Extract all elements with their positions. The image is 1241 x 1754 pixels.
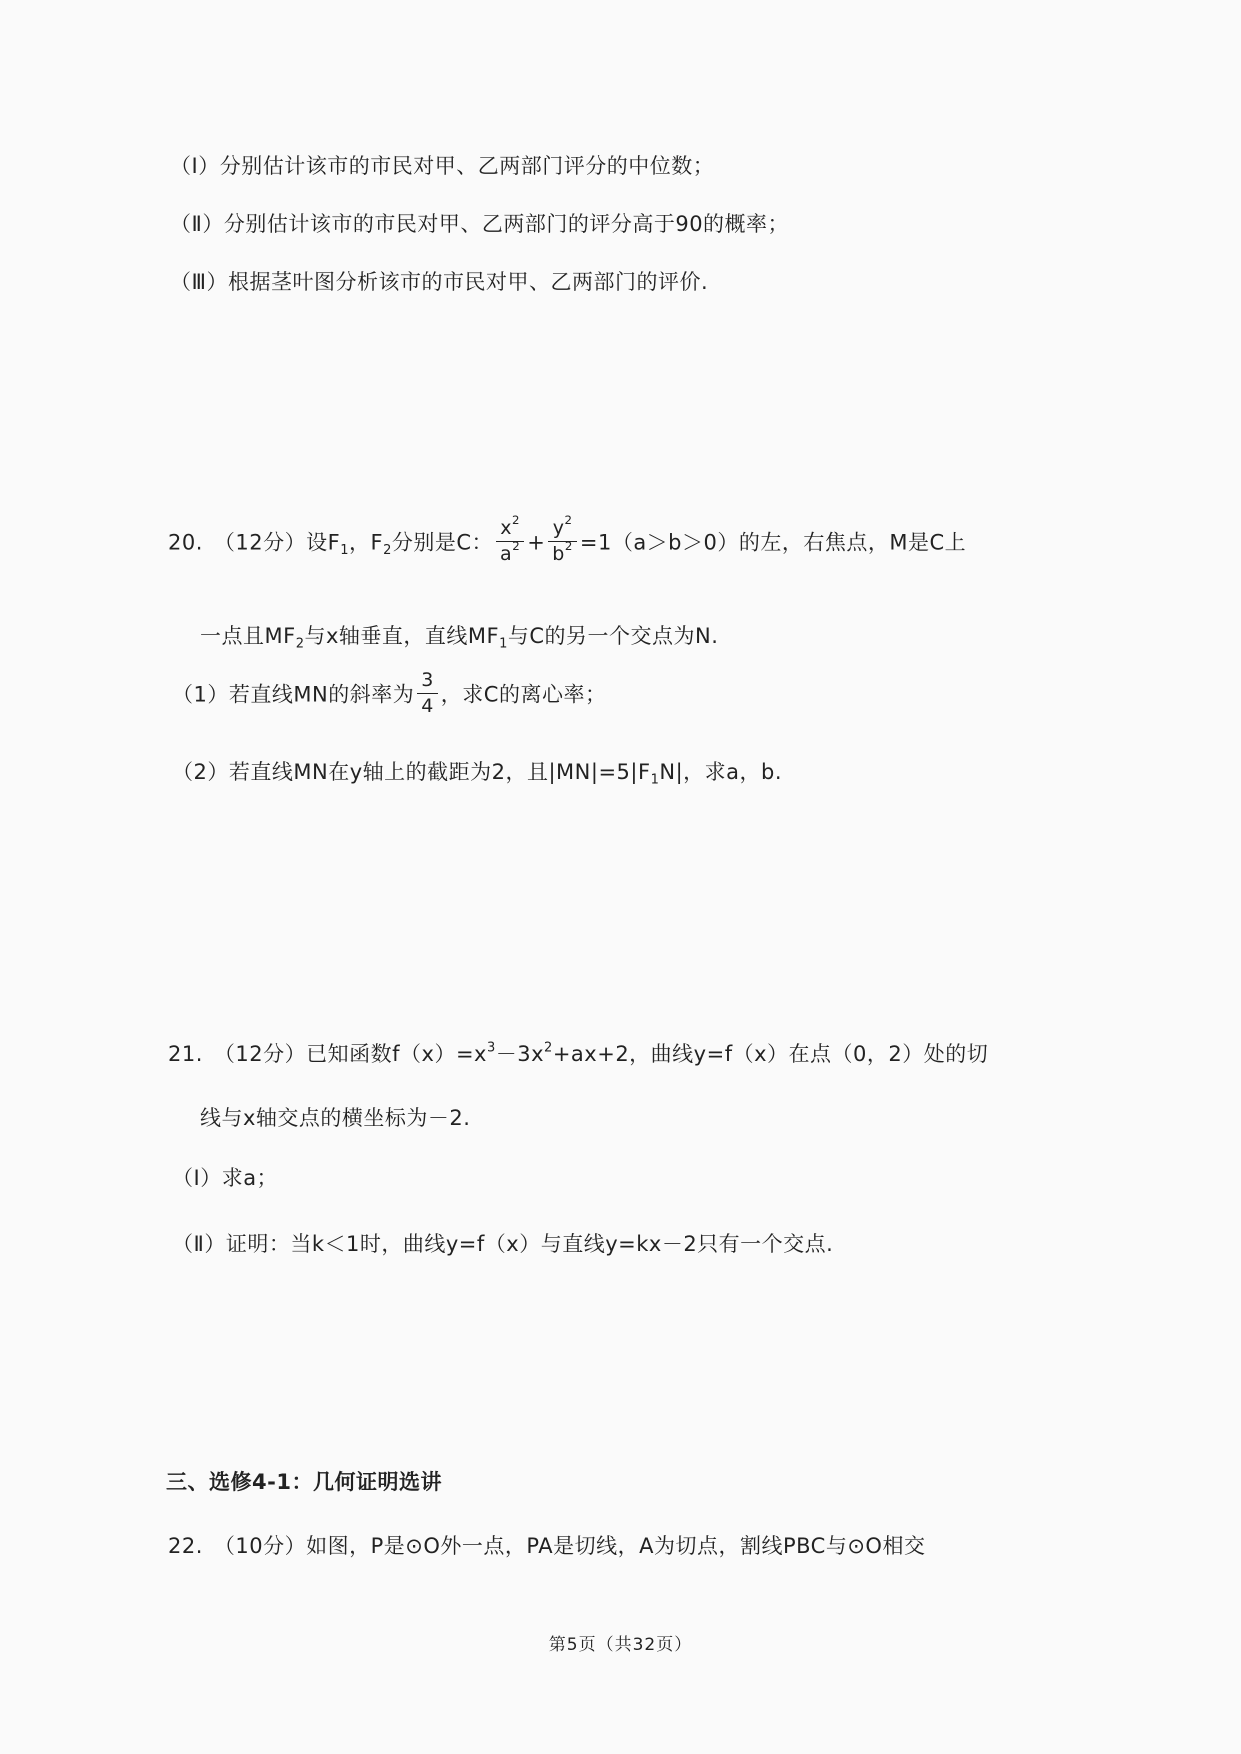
q20-part-1: （1）若直线MN的斜率为34，求C的离心率； — [172, 672, 606, 719]
q21-part-1: （Ⅰ）求a； — [172, 1164, 278, 1192]
q21-line-2: 线与x轴交点的横坐标为－2. — [200, 1104, 470, 1132]
section-3-heading: 三、选修4-1：几何证明选讲 — [166, 1468, 442, 1496]
q21-part-2: （Ⅱ）证明：当k＜1时，曲线y=f（x）与直线y=kx－2只有一个交点. — [172, 1230, 833, 1258]
exam-page: （Ⅰ）分别估计该市的市民对甲、乙两部门评分的中位数； （Ⅱ）分别估计该市的市民对… — [0, 0, 1241, 1754]
q19-part-1: （Ⅰ）分别估计该市的市民对甲、乙两部门评分的中位数； — [170, 152, 714, 180]
q20-line-2: 一点且MF2与x轴垂直，直线MF1与C的另一个交点为N. — [200, 622, 718, 650]
page-footer: 第5页（共32页） — [0, 1630, 1241, 1655]
q20-part-2: （2）若直线MN在y轴上的截距为2，且|MN|=5|F1N|，求a，b. — [172, 758, 782, 786]
q20-line-1: 20. （12分）设F1，F2分别是C：x2a2+y2b2=1（a＞b＞0）的左… — [168, 520, 966, 567]
q21-line-1: 21. （12分）已知函数f（x）=x3－3x2+ax+2，曲线y=f（x）在点… — [168, 1040, 988, 1068]
q19-part-3: （Ⅲ）根据茎叶图分析该市的市民对甲、乙两部门的评价. — [170, 268, 708, 296]
q19-part-2: （Ⅱ）分别估计该市的市民对甲、乙两部门的评分高于90的概率； — [170, 210, 789, 238]
q22-line-1: 22. （10分）如图，P是⊙O外一点，PA是切线，A为切点，割线PBC与⊙O相… — [168, 1532, 925, 1560]
